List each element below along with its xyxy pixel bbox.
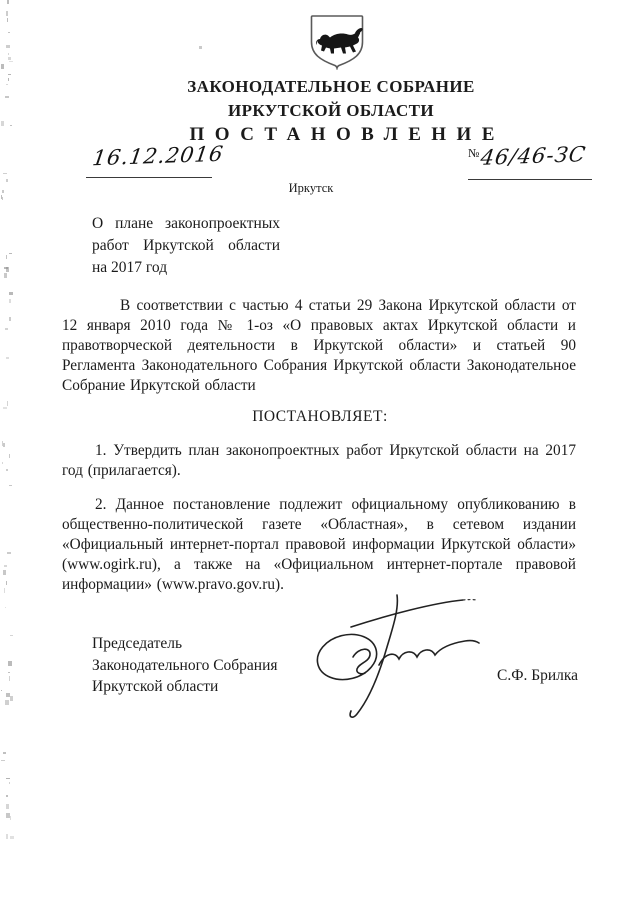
scan-noise-mark [7, 401, 8, 406]
scan-noise-mark [4, 273, 7, 278]
subject-line: на 2017 год [92, 257, 280, 279]
scan-noise-mark [3, 570, 6, 575]
handwritten-signature [293, 583, 485, 729]
scan-noise-mark [1, 760, 5, 761]
scan-noise-mark [6, 778, 10, 779]
scan-noise-mark [9, 317, 11, 321]
scan-noise-mark [4, 588, 5, 593]
scan-noise-mark [10, 125, 12, 126]
scan-noise-mark [6, 813, 10, 818]
signatory-name: С.Ф. Брилка [497, 667, 578, 685]
resolves-heading: ПОСТАНОВЛЯЕТ: [0, 408, 640, 426]
scan-noise-mark [3, 443, 5, 447]
scan-noise-mark [4, 267, 8, 269]
scan-noise-mark [2, 441, 3, 446]
handwritten-number: 46/46-ЗС [479, 142, 588, 170]
scan-noise-mark [9, 61, 13, 62]
scan-noise-dot [199, 46, 202, 49]
signatory-position-line: Законодательного Собрания [92, 655, 278, 677]
number-sign: № [468, 146, 479, 160]
scanned-document-page: ЗАКОНОДАТЕЛЬНОЕ СОБРАНИЕ ИРКУТСКОЙ ОБЛАС… [0, 0, 640, 905]
scan-noise-mark [2, 197, 3, 200]
resolution-item-2: 2. Данное постановление подлежит официал… [62, 495, 576, 595]
scan-noise-mark [6, 45, 10, 48]
scan-noise-mark [5, 96, 9, 98]
scan-noise-mark [5, 328, 8, 330]
scan-noise-mark [8, 661, 12, 666]
org-name-line2: ИРКУТСКОЙ ОБЛАСТИ [11, 101, 640, 121]
scan-noise-mark [8, 78, 9, 81]
scan-noise-mark [9, 485, 12, 486]
scan-noise-mark [8, 74, 11, 75]
scan-noise-mark [7, 18, 8, 22]
scan-noise-mark [6, 834, 8, 839]
subject-line: О плане законопроектных [92, 213, 280, 235]
scan-noise-mark [9, 253, 12, 254]
scan-noise-mark [6, 255, 7, 259]
scan-noise-mark [3, 752, 6, 754]
resolution-item-1: 1. Утвердить план законопроектных работ … [62, 441, 576, 481]
scan-noise-mark [1, 121, 4, 126]
scan-noise-mark [6, 795, 8, 797]
scan-noise-mark [8, 32, 10, 33]
scan-noise-mark [6, 469, 8, 471]
signatory-position-block: Председатель Законодательного Собрания И… [92, 633, 278, 698]
scan-noise-mark [1, 64, 4, 69]
scan-noise-mark [2, 462, 3, 464]
scan-noise-mark [8, 672, 10, 673]
scan-noise-mark [10, 816, 11, 820]
coat-of-arms-icon [306, 14, 368, 70]
scan-noise-mark [6, 84, 8, 85]
scan-noise-mark [8, 53, 9, 55]
scan-noise-mark [3, 173, 7, 174]
scan-noise-mark [10, 696, 13, 701]
scan-noise-mark [6, 581, 7, 585]
handwritten-date: 16.12.2016 [91, 142, 225, 171]
scan-noise-mark [10, 836, 14, 839]
scan-noise-mark [5, 607, 6, 608]
intro-paragraph: В соответствии с частью 4 статьи 29 Зако… [62, 296, 576, 396]
number-field: №46/46-ЗС [468, 144, 592, 180]
subject-block: О плане законопроектных работ Иркутской … [92, 213, 280, 279]
scan-noise-mark [6, 693, 10, 697]
scan-noise-mark [6, 804, 9, 809]
scan-noise-mark [9, 292, 13, 295]
scan-noise-mark [6, 11, 8, 16]
scan-noise-mark [9, 782, 10, 784]
scan-noise-mark [1, 690, 2, 691]
scan-noise-mark [6, 357, 9, 359]
city-line: Иркутск [0, 181, 631, 196]
scan-noise-mark [5, 700, 9, 705]
scan-noise-mark [10, 635, 13, 636]
scan-noise-mark [9, 299, 11, 303]
signatory-position-line: Иркутской области [92, 676, 278, 698]
signatory-position-line: Председатель [92, 633, 278, 655]
subject-line: работ Иркутской области [92, 235, 280, 257]
scan-noise-mark [7, 0, 9, 4]
scan-noise-mark [7, 552, 11, 554]
scan-noise-mark [4, 565, 7, 567]
scan-noise-mark [9, 676, 10, 681]
scan-noise-mark [9, 454, 10, 458]
org-name-line1: ЗАКОНОДАТЕЛЬНОЕ СОБРАНИЕ [11, 77, 640, 97]
date-field: 16.12.2016 [86, 144, 212, 178]
scan-noise-mark [8, 57, 11, 60]
